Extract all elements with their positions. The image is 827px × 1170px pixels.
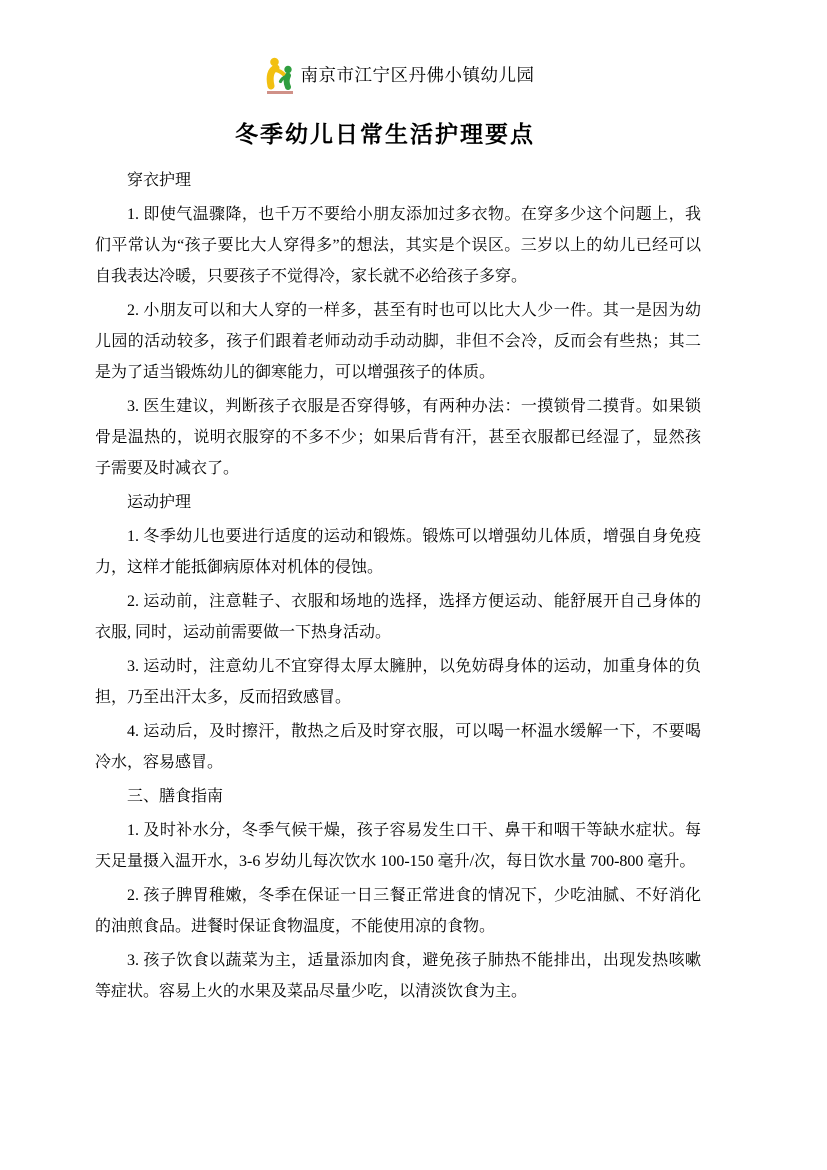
section-heading-diet-guide: 三、膳食指南	[95, 781, 701, 812]
document-page: 南京市江宁区丹佛小镇幼儿园 冬季幼儿日常生活护理要点 穿衣护理 1. 即使气温骤…	[0, 0, 827, 1170]
section-heading-exercise-care: 运动护理	[95, 487, 701, 518]
paragraph-diet-3: 3. 孩子饮食以蔬菜为主，适量添加肉食，避免孩子肺热不能排出，出现发热咳嗽等症状…	[95, 945, 701, 1007]
paragraph-dressing-2: 2. 小朋友可以和大人穿的一样多，甚至有时也可以比大人少一件。其一是因为幼儿园的…	[95, 295, 701, 388]
paragraph-dressing-1: 1. 即使气温骤降，也千万不要给小朋友添加过多衣物。在穿多少这个问题上，我们平常…	[95, 199, 701, 292]
paragraph-diet-1: 1. 及时补水分，冬季气候干燥，孩子容易发生口干、鼻干和咽干等缺水症状。每天足量…	[95, 815, 701, 877]
paragraph-exercise-2: 2. 运动前，注意鞋子、衣服和场地的选择，选择方便运动、能舒展开自己身体的衣服,…	[95, 586, 701, 648]
document-body: 穿衣护理 1. 即使气温骤降，也千万不要给小朋友添加过多衣物。在穿多少这个问题上…	[95, 162, 701, 1007]
school-logo	[262, 57, 298, 94]
school-name: 南京市江宁区丹佛小镇幼儿园	[301, 56, 535, 94]
document-title: 冬季幼儿日常生活护理要点	[95, 118, 675, 152]
paragraph-exercise-1: 1. 冬季幼儿也要进行适度的运动和锻炼。锻炼可以增强幼儿体质，增强自身免疫力，这…	[95, 521, 701, 583]
document-header: 南京市江宁区丹佛小镇幼儿园	[95, 56, 701, 94]
school-logo-icon	[262, 57, 298, 90]
paragraph-exercise-3: 3. 运动时，注意幼儿不宜穿得太厚太臃肿，以免妨碍身体的运动，加重身体的负担，乃…	[95, 651, 701, 713]
logo-caption-strip	[267, 91, 293, 94]
paragraph-diet-2: 2. 孩子脾胃稚嫩，冬季在保证一日三餐正常进食的情况下，少吃油腻、不好消化的油煎…	[95, 880, 701, 942]
paragraph-exercise-4: 4. 运动后，及时擦汗，散热之后及时穿衣服，可以喝一杯温水缓解一下，不要喝冷水，…	[95, 716, 701, 778]
paragraph-dressing-3: 3. 医生建议，判断孩子衣服是否穿得够，有两种办法：一摸锁骨二摸背。如果锁骨是温…	[95, 391, 701, 484]
section-heading-dressing-care: 穿衣护理	[95, 165, 701, 196]
